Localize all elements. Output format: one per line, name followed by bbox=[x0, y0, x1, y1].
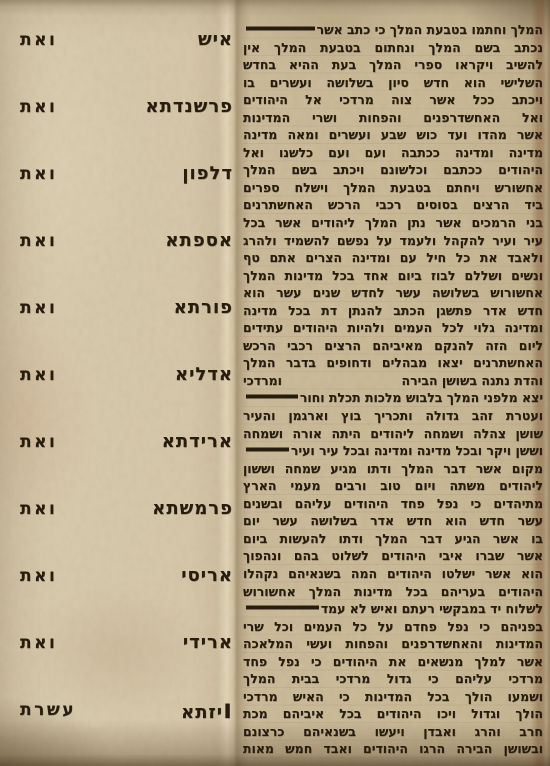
text-line: הולך וגדול ויכו היהודים בכל איביהם מכת bbox=[243, 705, 543, 723]
conjunction-word: ואת bbox=[20, 162, 57, 186]
text-line-content: ליום הזה להנקם מאיביהם הרצים רכבי הרכש bbox=[243, 337, 543, 355]
text-line-content: אשר למלך מנשאים את היהודים כי נפל פחד bbox=[243, 653, 543, 671]
text-line: מדינה ומדינה ככתבה ועם ועם כלשנו ואל bbox=[243, 144, 543, 162]
scribal-stretch-filler bbox=[246, 389, 298, 407]
scripture-text-column: המלך וחתמו בטבעת המלך כי כתב אשר נכתב בש… bbox=[243, 21, 543, 758]
sons-list-row: איש ואת bbox=[20, 28, 233, 95]
text-line-content: המדינות והאחשדרפנים והפחות ועשי המלאכה bbox=[243, 635, 543, 653]
conjunction-word: ואת bbox=[20, 497, 57, 521]
text-line-content: ועטרת זהב גדולה ותכריך בוץ וארגמן והעיר bbox=[243, 407, 543, 425]
text-line: ומדינה גלוי לכל העמים ולהיות היהודים עתי… bbox=[243, 319, 543, 337]
text-line-content: בו אשר הגיע דבר המלך ודתו להעשות ביום bbox=[243, 530, 543, 548]
son-name: אריסי bbox=[181, 564, 233, 588]
text-line: יצא מלפני המלך בלבוש מלכות תכלת וחור bbox=[243, 389, 543, 407]
text-line-content: עיר ועיר להקהל ולעמד על נפשם להשמיד ולהר… bbox=[243, 232, 543, 250]
text-line: חדש אדר פתשגן הכתב להנתן דת בכל מדינה bbox=[243, 302, 543, 320]
text-line-content: השלישי הוא חדש סיון בשלושה ועשרים בו bbox=[243, 74, 543, 92]
text-line-content: יצא מלפני המלך בלבוש מלכות תכלת וחור bbox=[300, 389, 543, 407]
sons-list-row: ארידי ואת bbox=[20, 631, 233, 698]
text-line-content: ולאבד את כל חיל עם ומדינה הצרים אתם טף bbox=[243, 249, 543, 267]
text-line-content: אחשורוש בשלושה עשר לחדש שנים עשר הוא bbox=[243, 284, 543, 302]
text-line: ולאבד את כל חיל עם ומדינה הצרים אתם טף bbox=[243, 249, 543, 267]
text-line-content: ומדינה גלוי לכל העמים ולהיות היהודים עתי… bbox=[243, 319, 543, 337]
text-line: ליום הזה להנקם מאיביהם הרצים רכבי הרכש bbox=[243, 337, 543, 355]
text-line: בני הרמכים אשר נתן המלך ליהודים אשר בכל bbox=[243, 214, 543, 232]
scribal-stretch-filler bbox=[246, 600, 319, 618]
conjunction-word: ואת bbox=[20, 229, 57, 253]
conjunction-word: עשרת bbox=[20, 698, 76, 722]
text-line-content: וששן ויקר ובכל מדינה ומדינה ובכל עיר ועי… bbox=[291, 442, 543, 460]
text-line: המדינות והאחשדרפנים והפחות ועשי המלאכה bbox=[243, 635, 543, 653]
scribal-stretch-filler bbox=[246, 21, 315, 39]
text-line-content: נכתב בשם המלך ונחתום בטבעת המלך אין bbox=[243, 39, 543, 57]
text-line-content: מרדכי עליהם כי גדול מרדכי בבית המלך bbox=[243, 670, 543, 688]
text-line-content: היהודים בעריהם בכל מדינות המלך אחשורוש bbox=[243, 583, 543, 601]
sons-list-row: פורתא ואת bbox=[20, 296, 233, 363]
conjunction-word: ואת bbox=[20, 28, 57, 52]
text-line-content: ביד הרצים בסוסים רכבי הרכש האחשתרנים bbox=[243, 196, 543, 214]
son-name: אספתא bbox=[165, 229, 233, 253]
text-line: ונשים ושללם לבוז ביום אחד בכל מדינות המל… bbox=[243, 267, 543, 285]
text-line: מקום אשר דבר המלך ודתו מגיע שמחה וששון bbox=[243, 460, 543, 478]
text-line-content: בני הרמכים אשר נתן המלך ליהודים אשר בכל bbox=[243, 214, 543, 232]
text-line: עשר חדש הוא חדש אדר בשלושה עשר יום bbox=[243, 512, 543, 530]
text-line: ועטרת זהב גדולה ותכריך בוץ וארגמן והעיר bbox=[243, 407, 543, 425]
conjunction-word: ואת bbox=[20, 564, 57, 588]
sons-list-row: אדליא ואת bbox=[20, 363, 233, 430]
text-line-content: עשר חדש הוא חדש אדר בשלושה עשר יום bbox=[243, 512, 543, 530]
text-line: ואל האחשדרפנים והפחות ושרי המדינות bbox=[243, 109, 543, 127]
text-line: ויכתב ככל אשר צוה מרדכי אל היהודים bbox=[243, 91, 543, 109]
text-line-content: לשלוח יד במבקשי רעתם ואיש לא עמד bbox=[321, 600, 543, 618]
text-line: ביד הרצים בסוסים רכבי הרכש האחשתרנים bbox=[243, 196, 543, 214]
sons-list-row: אריסי ואת bbox=[20, 564, 233, 631]
text-line-content: חדש אדר פתשגן הכתב להנתן דת בכל מדינה bbox=[243, 302, 543, 320]
sons-list-row: דלפון ואת bbox=[20, 162, 233, 229]
text-line-content: מקום אשר דבר המלך ודתו מגיע שמחה וששון bbox=[243, 460, 543, 478]
son-name: אדליא bbox=[175, 363, 233, 387]
text-line-content: ובשושן הבירה הרגו היהודים ואבד חמש מאות bbox=[243, 740, 543, 758]
son-name: פורתא bbox=[174, 296, 233, 320]
son-name: פרמשתא bbox=[152, 497, 233, 521]
text-line: וששן ויקר ובכל מדינה ומדינה ובכל עיר ועי… bbox=[243, 442, 543, 460]
son-name: ויזתא bbox=[181, 698, 233, 725]
text-line-content: מדינה ומדינה ככתבה ועם ועם כלשנו ואל bbox=[243, 144, 543, 162]
conjunction-word: ואת bbox=[20, 363, 57, 387]
text-line: ליהודים משתה ויום טוב ורבים מעמי הארץ bbox=[243, 477, 543, 495]
megillah-parchment-sheet: איש ואת פרשנדתא ואת דלפון ואת אספתא ואת … bbox=[0, 0, 550, 766]
text-line-content: שושן צהלה ושמחה ליהודים היתה אורה ושמחה bbox=[243, 425, 543, 443]
text-line: אשר שברו איבי היהודים לשלוט בהם ונהפוך bbox=[243, 547, 543, 565]
sons-list-row: ויזתא עשרת bbox=[20, 698, 233, 765]
text-line: המלך וחתמו בטבעת המלך כי כתב אשר bbox=[243, 21, 543, 39]
scribal-stretch-filler bbox=[246, 442, 289, 460]
text-line: האחשתרנים יצאו מבהלים ודחופים בדבר המלך bbox=[243, 354, 543, 372]
text-line-content: והדת נתנה בשושן הבירה bbox=[402, 372, 543, 390]
text-line-content-after-gap: ומרדכי bbox=[243, 372, 282, 390]
text-line-content: בפניהם כי נפל פחדם על כל העמים וכל שרי bbox=[243, 618, 543, 636]
text-line-content: המלך וחתמו בטבעת המלך כי כתב אשר bbox=[317, 21, 543, 39]
text-line-content: אחשורש ויחתם בטבעת המלך וישלח ספרים bbox=[243, 179, 543, 197]
text-line: היהודים ככתבם וכלשונם ויכתב בשם המלך bbox=[243, 161, 543, 179]
son-name: ארידתא bbox=[162, 430, 233, 454]
text-line: אשר מהדו ועד כוש שבע ועשרים ומאה מדינה bbox=[243, 126, 543, 144]
sons-list-row: פרשנדתא ואת bbox=[20, 95, 233, 162]
text-line-content: אשר שברו איבי היהודים לשלוט בהם ונהפוך bbox=[243, 547, 543, 565]
sons-list-row: פרמשתא ואת bbox=[20, 497, 233, 564]
text-line: אחשורוש בשלושה עשר לחדש שנים עשר הוא bbox=[243, 284, 543, 302]
text-line: ובשושן הבירה הרגו היהודים ואבד חמש מאות bbox=[243, 740, 543, 758]
text-line: מתיהדים כי נפל פחד היהודים עליהם ובשנים bbox=[243, 495, 543, 513]
sons-list-row: אספתא ואת bbox=[20, 229, 233, 296]
text-line: והדת נתנה בשושן הבירה ומרדכי bbox=[243, 372, 543, 390]
conjunction-word: ואת bbox=[20, 631, 57, 655]
text-line: ושמעו הולך בכל המדינות כי האיש מרדכי bbox=[243, 688, 543, 706]
text-line-content: היהודים ככתבם וכלשונם ויכתב בשם המלך bbox=[243, 161, 543, 179]
text-line: היהודים בעריהם בכל מדינות המלך אחשורוש bbox=[243, 583, 543, 601]
conjunction-word: ואת bbox=[20, 430, 57, 454]
text-line: לשלוח יד במבקשי רעתם ואיש לא עמד bbox=[243, 600, 543, 618]
text-line-content: האחשתרנים יצאו מבהלים ודחופים בדבר המלך bbox=[243, 354, 543, 372]
text-line-content: ואל האחשדרפנים והפחות ושרי המדינות bbox=[243, 109, 543, 127]
text-line: בו אשר הגיע דבר המלך ודתו להעשות ביום bbox=[243, 530, 543, 548]
text-line-content: ונשים ושללם לבוז ביום אחד בכל מדינות המל… bbox=[243, 267, 543, 285]
text-line: שושן צהלה ושמחה ליהודים היתה אורה ושמחה bbox=[243, 425, 543, 443]
text-line-content: להשיב ויקראו ספרי המלך בעת ההיא בחדש bbox=[243, 56, 543, 74]
conjunction-word: ואת bbox=[20, 95, 57, 119]
text-line: אשר למלך מנשאים את היהודים כי נפל פחד bbox=[243, 653, 543, 671]
text-line: עיר ועיר להקהל ולעמד על נפשם להשמיד ולהר… bbox=[243, 232, 543, 250]
son-name: דלפון bbox=[182, 162, 233, 186]
text-line: חרב והרג ואבדן ויעשו בשנאיהם כרצונם bbox=[243, 723, 543, 741]
text-line: השלישי הוא חדש סיון בשלושה ועשרים בו bbox=[243, 74, 543, 92]
son-name: ארידי bbox=[183, 631, 233, 655]
conjunction-word: ואת bbox=[20, 296, 57, 320]
text-line-content: הולך וגדול ויכו היהודים בכל איביהם מכת bbox=[243, 705, 543, 723]
text-line-content: ושמעו הולך בכל המדינות כי האיש מרדכי bbox=[243, 688, 543, 706]
sons-list-row: ארידתא ואת bbox=[20, 430, 233, 497]
text-line: נכתב בשם המלך ונחתום בטבעת המלך אין bbox=[243, 39, 543, 57]
text-line: בפניהם כי נפל פחדם על כל העמים וכל שרי bbox=[243, 618, 543, 636]
text-line-content: מתיהדים כי נפל פחד היהודים עליהם ובשנים bbox=[243, 495, 543, 513]
text-line-content: ויכתב ככל אשר צוה מרדכי אל היהודים bbox=[243, 91, 543, 109]
text-line: להשיב ויקראו ספרי המלך בעת ההיא בחדש bbox=[243, 56, 543, 74]
text-line-content: אשר מהדו ועד כוש שבע ועשרים ומאה מדינה bbox=[243, 126, 543, 144]
sons-of-haman-column: איש ואת פרשנדתא ואת דלפון ואת אספתא ואת … bbox=[20, 28, 233, 765]
son-name: פרשנדתא bbox=[146, 95, 233, 119]
text-line-content: הוא אשר ישלטו היהודים המה בשנאיהם נקהלו bbox=[243, 565, 543, 583]
text-line-content: ליהודים משתה ויום טוב ורבים מעמי הארץ bbox=[243, 477, 543, 495]
text-line-content: חרב והרג ואבדן ויעשו בשנאיהם כרצונם bbox=[243, 723, 543, 741]
text-line: הוא אשר ישלטו היהודים המה בשנאיהם נקהלו bbox=[243, 565, 543, 583]
son-name: איש bbox=[198, 28, 233, 52]
text-line: אחשורש ויחתם בטבעת המלך וישלח ספרים bbox=[243, 179, 543, 197]
text-line: מרדכי עליהם כי גדול מרדכי בבית המלך bbox=[243, 670, 543, 688]
